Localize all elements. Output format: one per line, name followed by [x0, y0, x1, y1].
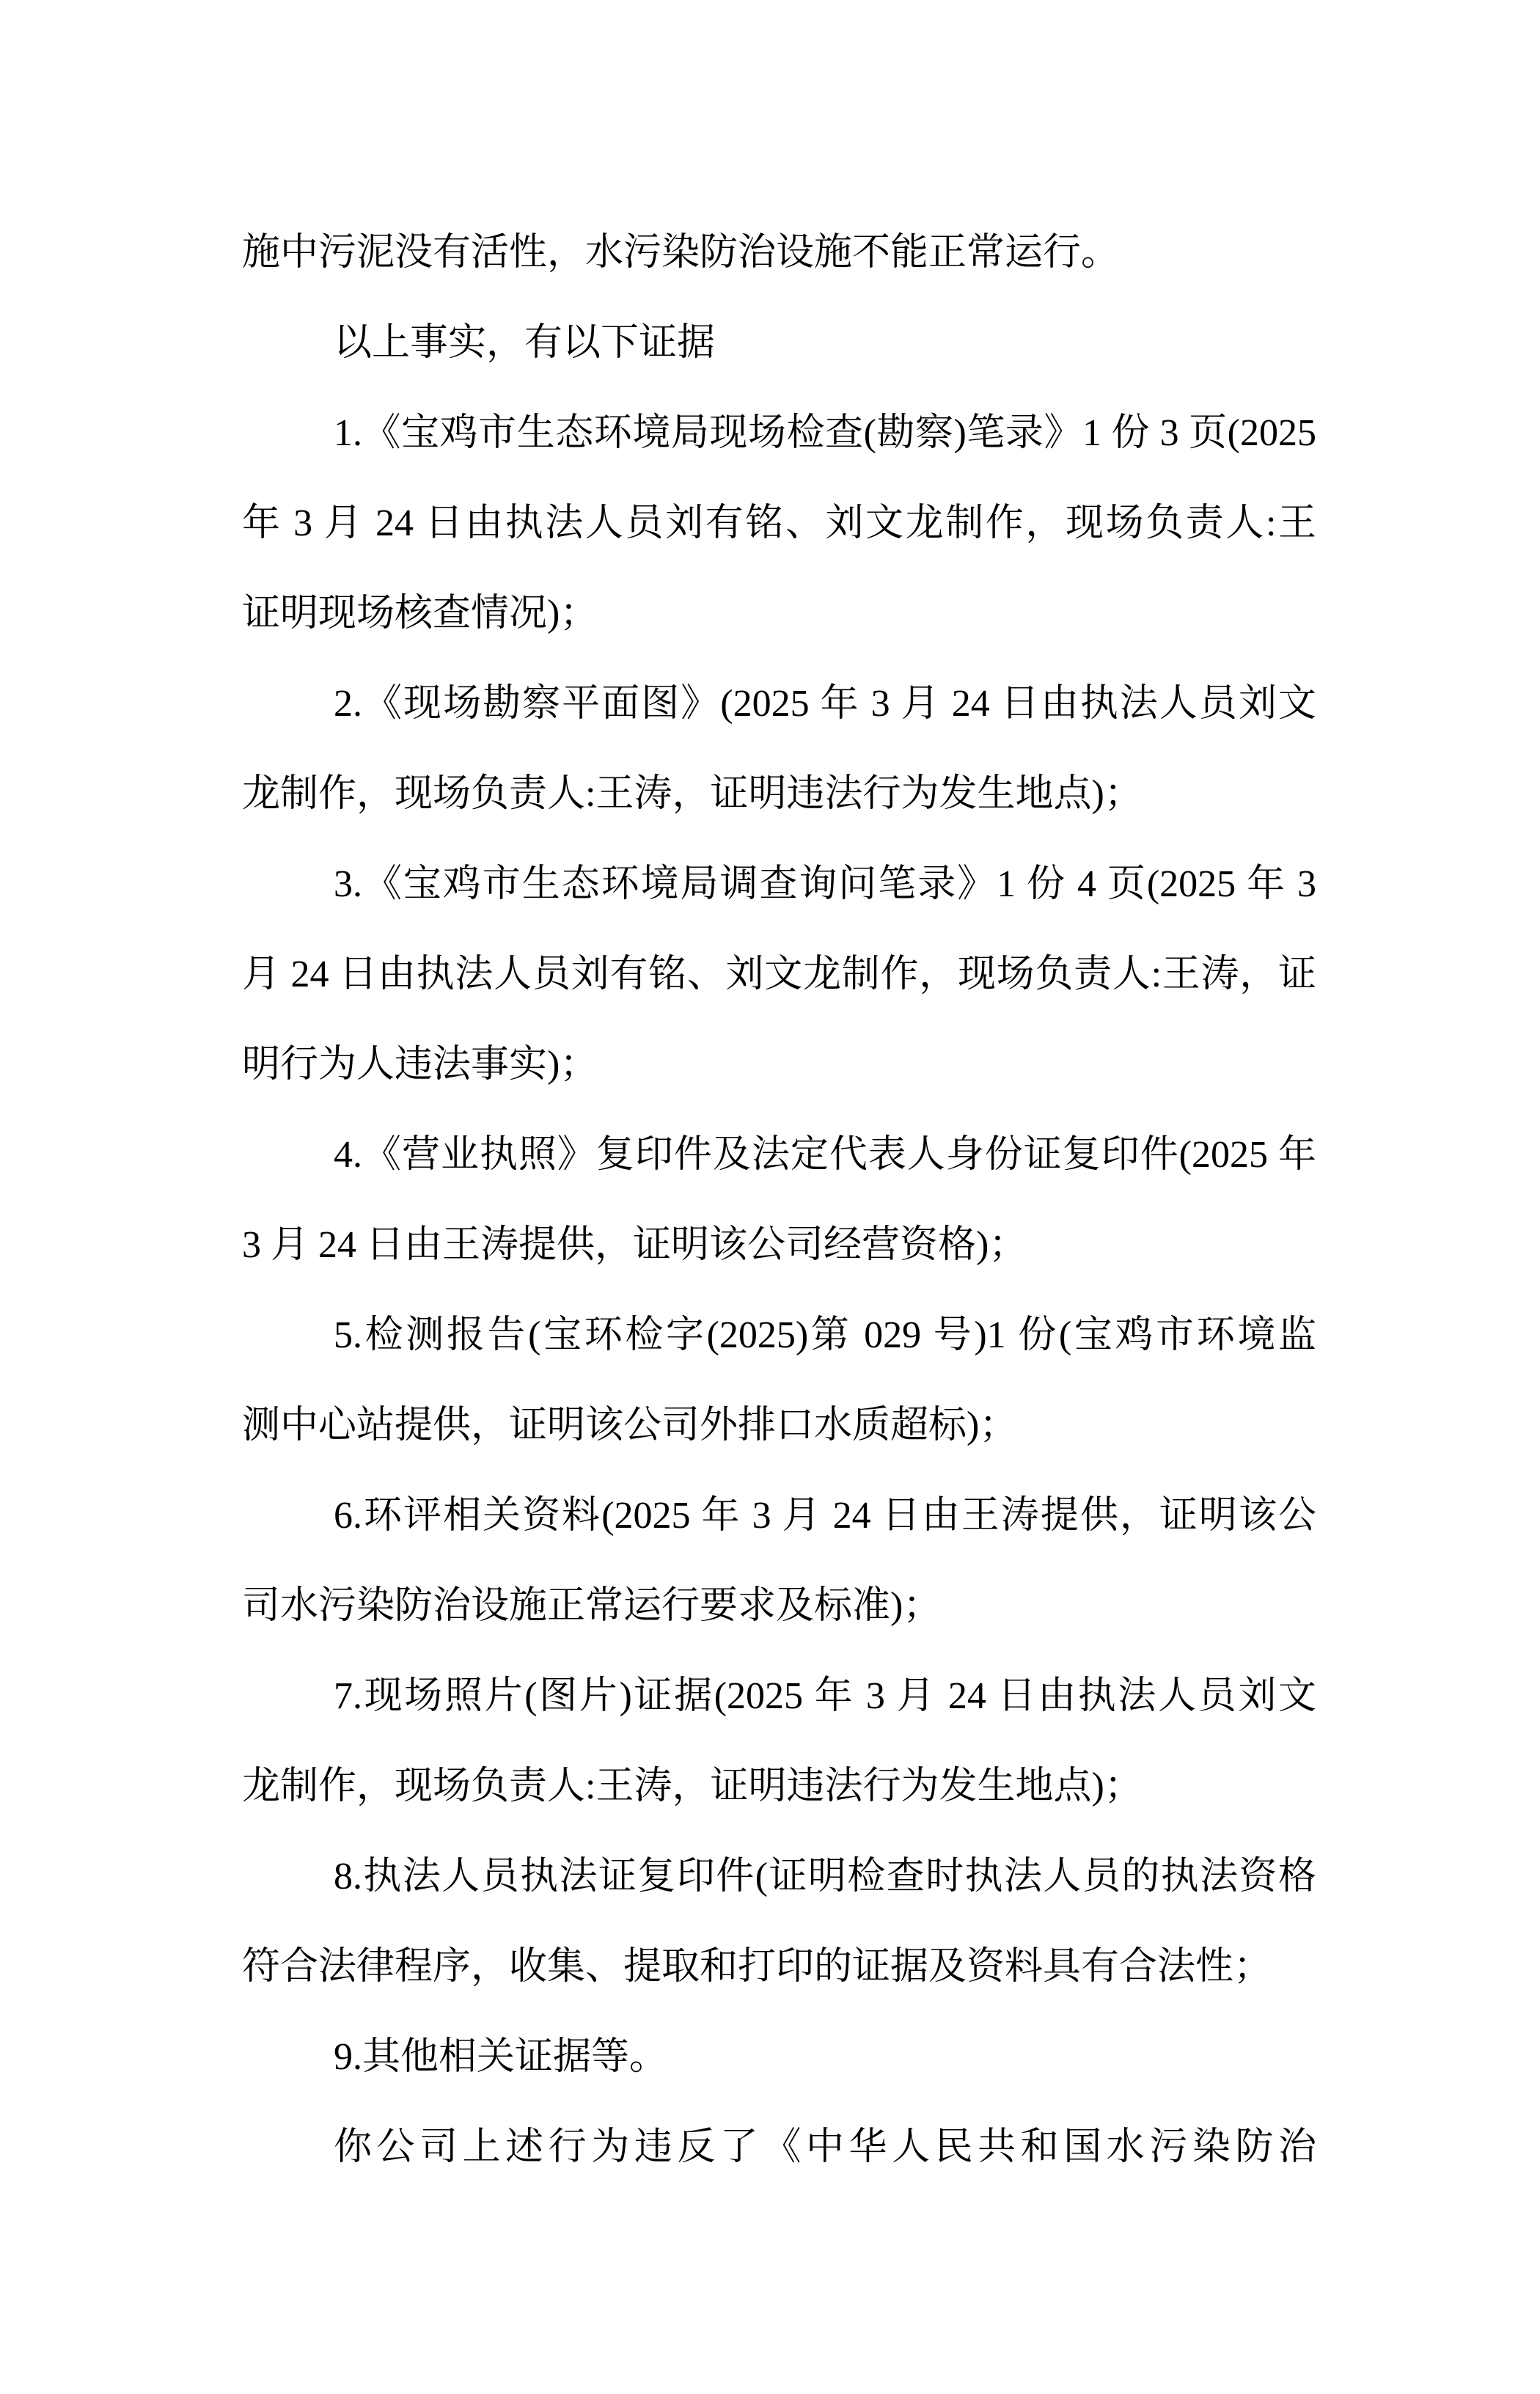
text-line: 2.《现场勘察平面图》(2025 年 3 月 24 日由执法人员刘文: [242, 659, 1316, 749]
text-line: 3.《宝鸡市生态环境局调查询问笔录》1 份 4 页(2025 年 3: [242, 839, 1316, 929]
text-line: 龙制作，现场负责人:王涛，证明违法行为发生地点)；: [242, 749, 1316, 839]
text-line: 龙制作，现场负责人:王涛，证明违法行为发生地点)；: [242, 1741, 1316, 1831]
text-line: 符合法律程序，收集、提取和打印的证据及资料具有合法性；: [242, 1922, 1316, 2012]
text-line: 明行为人违法事实)；: [242, 1020, 1316, 1110]
document-page: 施中污泥没有活性，水污染防治设施不能正常运行。 以上事实，有以下证据 1.《宝鸡…: [0, 0, 1540, 2394]
text-line: 证明现场核查情况)；: [242, 568, 1316, 659]
text-line: 1.《宝鸡市生态环境局现场检查(勘察)笔录》1 份 3 页(2025: [242, 388, 1316, 478]
text-line: 7.现场照片(图片)证据(2025 年 3 月 24 日由执法人员刘文: [242, 1651, 1316, 1741]
text-line: 月 24 日由执法人员刘有铭、刘文龙制作，现场负责人:王涛，证: [242, 929, 1316, 1020]
text-line: 以上事实，有以下证据: [242, 298, 1316, 388]
text-line: 8.执法人员执法证复印件(证明检查时执法人员的执法资格: [242, 1831, 1316, 1922]
text-line: 4.《营业执照》复印件及法定代表人身份证复印件(2025 年: [242, 1110, 1316, 1200]
text-line: 5.检测报告(宝环检字(2025)第 029 号)1 份(宝鸡市环境监: [242, 1290, 1316, 1380]
text-line: 施中污泥没有活性，水污染防治设施不能正常运行。: [242, 208, 1316, 298]
text-line: 司水污染防治设施正常运行要求及标准)；: [242, 1561, 1316, 1651]
text-line: 6.环评相关资料(2025 年 3 月 24 日由王涛提供，证明该公: [242, 1471, 1316, 1561]
text-line: 你公司上述行为违反了《中华人民共和国水污染防治: [242, 2102, 1316, 2192]
text-line: 9.其他相关证据等。: [242, 2012, 1316, 2102]
text-line: 测中心站提供，证明该公司外排口水质超标)；: [242, 1380, 1316, 1471]
text-line: 3 月 24 日由王涛提供，证明该公司经营资格)；: [242, 1200, 1316, 1290]
text-line: 年 3 月 24 日由执法人员刘有铭、刘文龙制作，现场负责人:王涛，: [242, 478, 1316, 568]
document-body-text: 施中污泥没有活性，水污染防治设施不能正常运行。 以上事实，有以下证据 1.《宝鸡…: [242, 208, 1316, 2192]
